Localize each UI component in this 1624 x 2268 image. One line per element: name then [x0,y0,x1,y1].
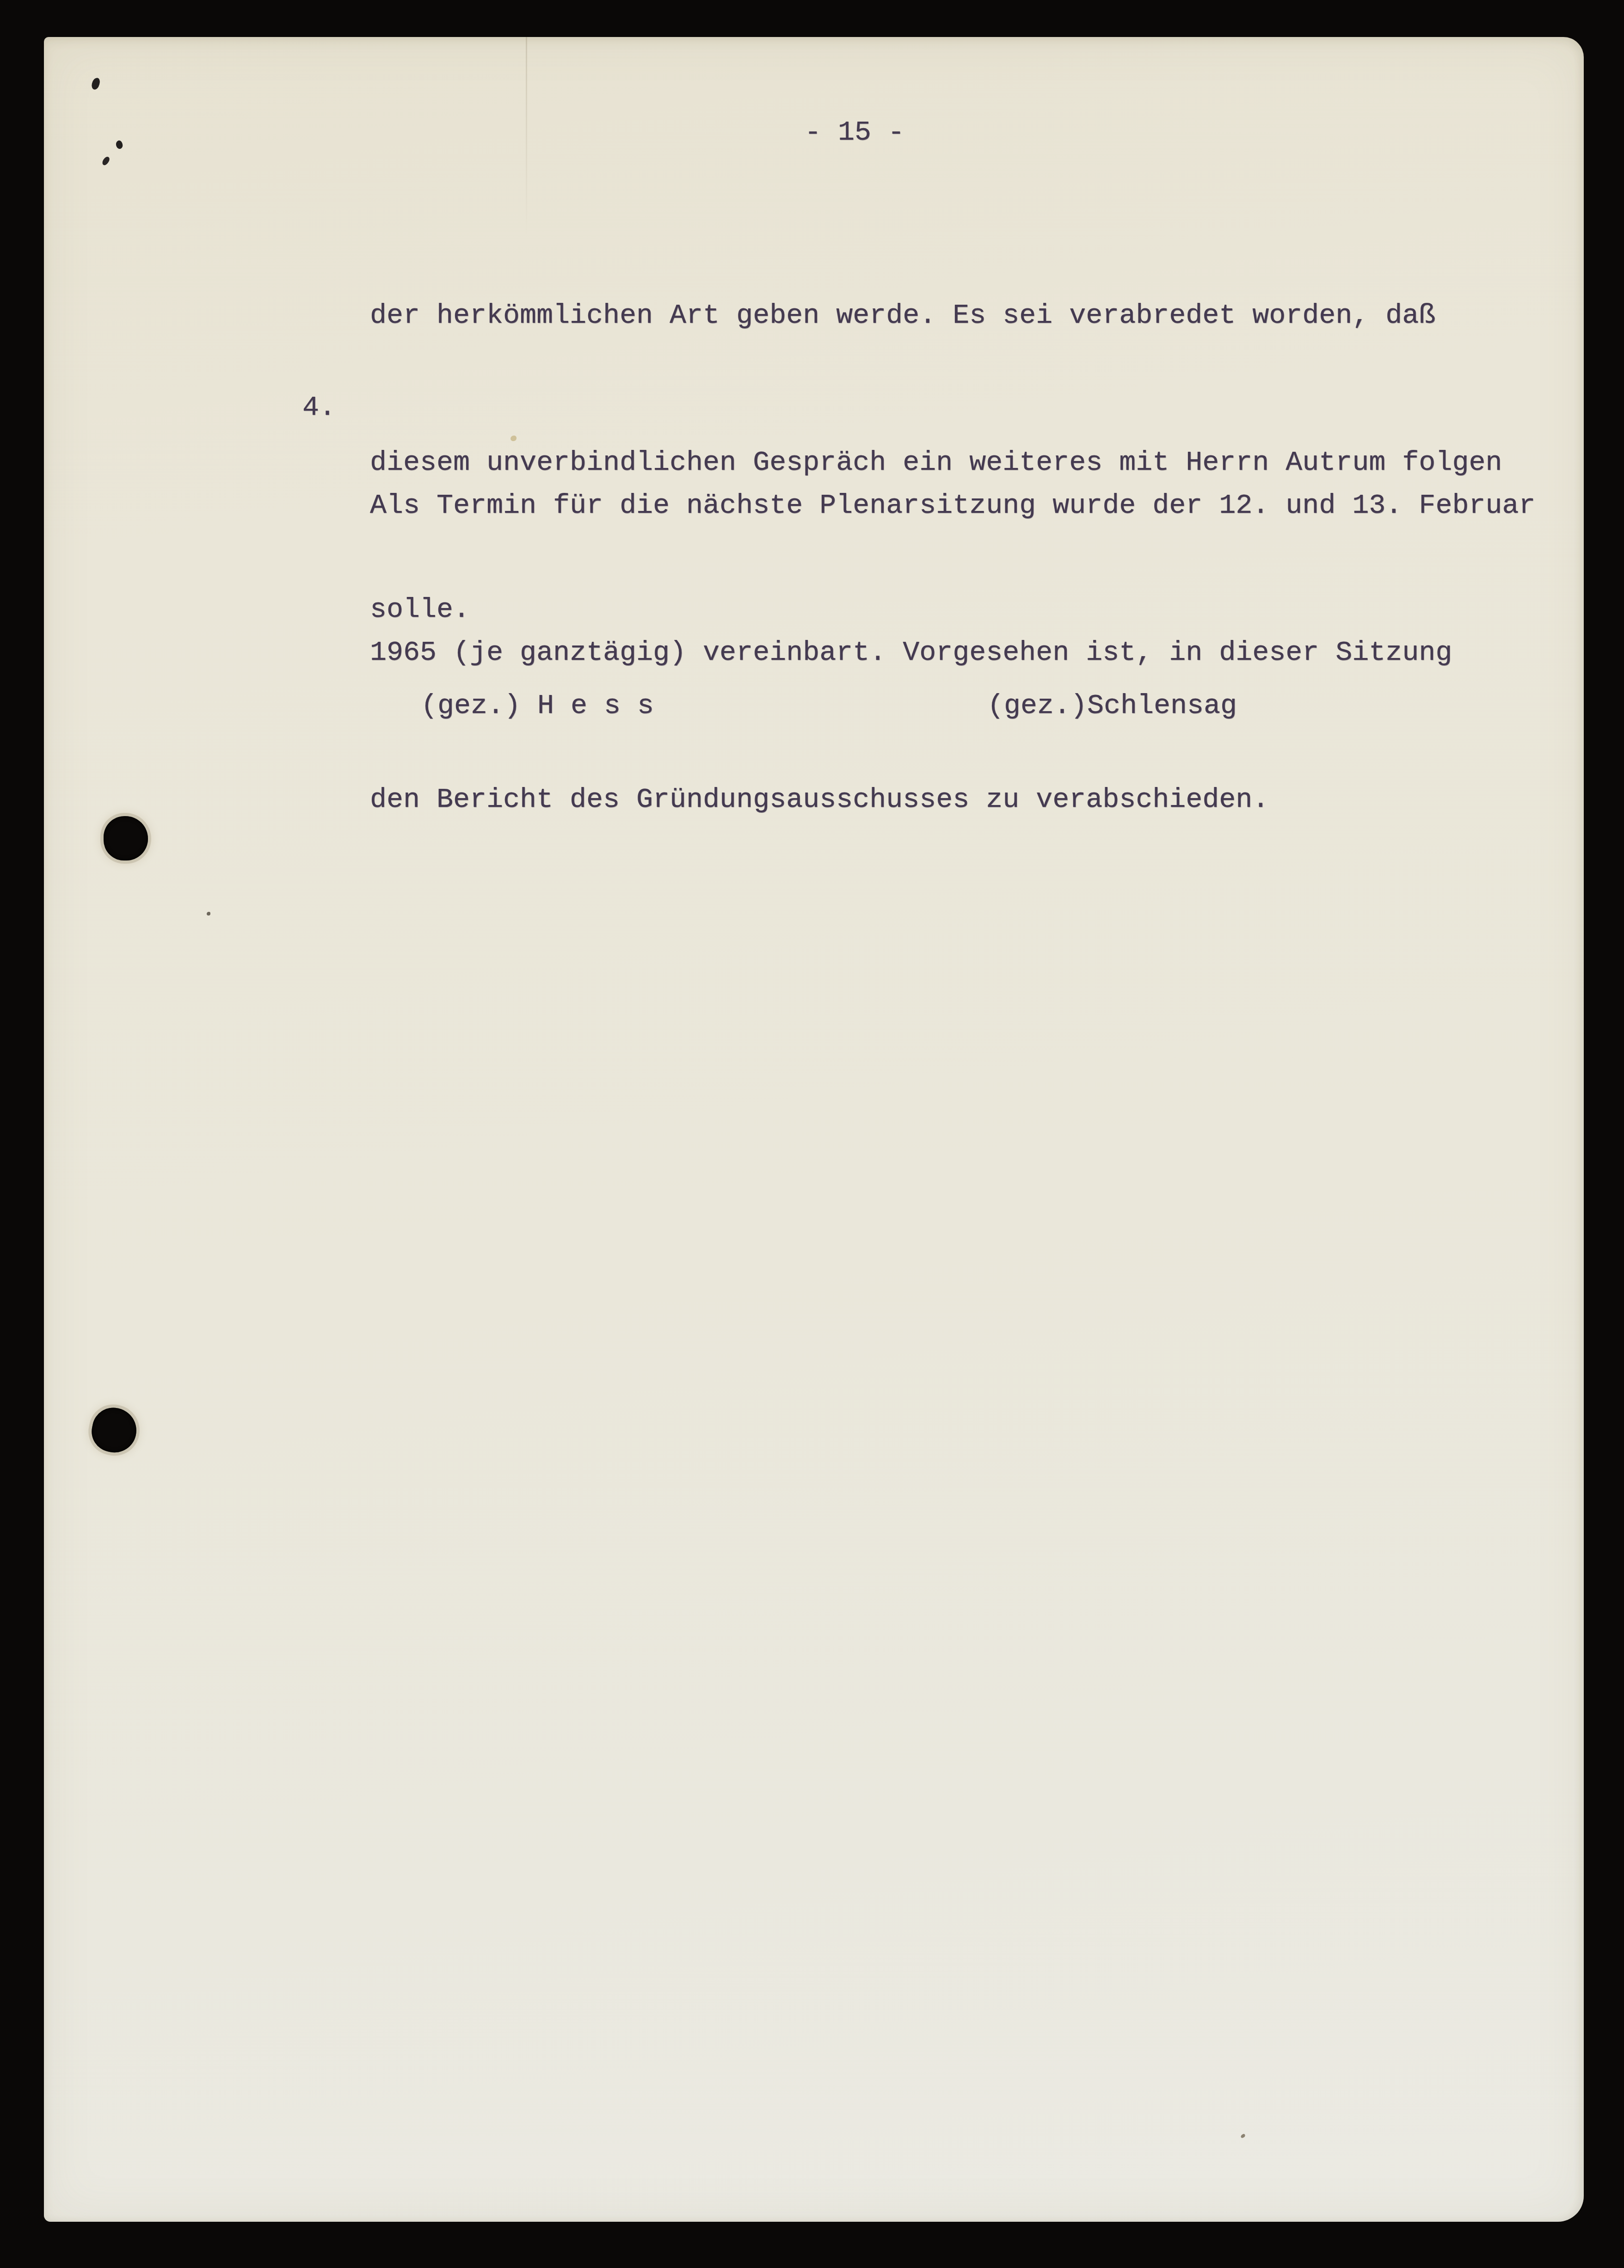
list-item-4-text: Als Termin für die nächste Plenarsitzung… [370,383,1535,922]
signature-left: (gez.) H e s s [421,690,654,722]
paper-speck [1240,2133,1246,2139]
list-item-4-number: 4. [302,383,336,432]
text-line: den Bericht des Gründungsausschusses zu … [370,775,1535,824]
paper-speck [511,436,517,441]
page-number: - 15 - [805,117,904,148]
paper-speck [91,77,101,90]
text-line: der herkömmlichen Art geben werde. Es se… [370,291,1502,340]
hole-punch-bottom [88,1404,141,1457]
paper-speck [207,912,210,916]
hole-punch-top [104,816,148,860]
text-line: 1965 (je ganztägig) vereinbart. Vorgeseh… [370,628,1535,677]
paper-speck [101,155,111,166]
text-line: Als Termin für die nächste Plenarsitzung… [370,481,1535,530]
scan-background: { "page": { "page_number": "- 15 -", "pa… [0,0,1624,2268]
document-page: - 15 - der herkömmlichen Art geben werde… [44,37,1584,2222]
paper-speck [115,140,123,150]
signature-right: (gez.)Schlensag [987,690,1237,722]
